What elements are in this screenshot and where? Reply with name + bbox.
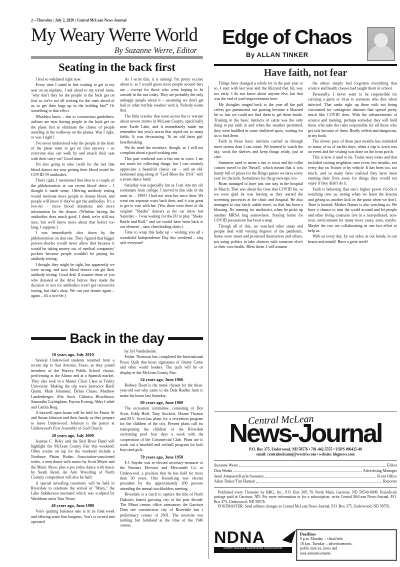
dotted-leader xyxy=(233,472,362,473)
entry-heading: 10 years ago, July 2010 xyxy=(31,352,115,358)
left-article-col1: I feel so validated right now.Every time… xyxy=(31,77,115,327)
paragraph: A special unveiling ceremony will be hel… xyxy=(31,481,115,502)
right-article-col2: the others simply had forgotten everythi… xyxy=(308,81,397,406)
entry-heading: 54 years ago, June 1966 xyxy=(120,377,204,383)
paragraph: Time to wrap this baby up – wishing you … xyxy=(120,230,204,246)
right-column-rule xyxy=(214,64,397,66)
paragraph: With us every day, by our sides, at our … xyxy=(308,234,397,244)
page-content: My Weary Werre World By Suzanne Werre, E… xyxy=(31,26,397,563)
entry-text: Several Underwood students returned from… xyxy=(31,358,115,431)
paragraph: POSTMASTER: Send address changes to Cent… xyxy=(214,505,397,510)
page-meta-text: 2—Thursday | July 2, 2020 | Central McLe… xyxy=(31,18,331,23)
right-column: Edge of Chaos By ALLAN TINKER Have faith… xyxy=(214,26,397,563)
paragraph: Brian managed to have just one stay in t… xyxy=(214,182,303,224)
paragraph: Several Underwood students returned from… xyxy=(31,358,115,410)
feather-icon xyxy=(282,527,296,543)
paragraph: I've never understood why the people in … xyxy=(31,141,115,162)
entry-text: Jeannie C. Riley and the Red River Band … xyxy=(31,439,115,502)
entry-text: The recreation committee, consisting of … xyxy=(120,406,204,453)
paragraph: Whaddya know – due to coronavirus guidel… xyxy=(31,114,115,140)
paragraph: Published every Thursday by BHG, Inc., P… xyxy=(214,490,397,504)
paragraph: by Syl Vanderheide. xyxy=(120,349,204,354)
masthead-box: Central McLean News-Journal P.O. Box 375… xyxy=(214,411,397,561)
back-in-the-day-header: Back in the day xyxy=(31,331,203,346)
paragraph: Rodney Dean is the name chosen for the t… xyxy=(120,383,204,399)
ndna-logo: NDNA NORTH DAKOTA NEWSPAPER ASSOCIATION xyxy=(214,529,292,553)
entry-text: F.J. Snyder was re-elected secretary-tre… xyxy=(120,460,204,528)
header-rule-right xyxy=(168,337,203,340)
right-column-title: Edge of Chaos xyxy=(222,28,367,48)
paragraph: Esther Thomson has completed the Interna… xyxy=(120,355,204,376)
deadline-line: area announcements xyxy=(300,551,393,556)
masthead-fine-print: Published every Thursday by BHG, Inc., P… xyxy=(214,490,397,526)
masthead-staff-list: Suzanne Werre Editor Don Winke Advertisi… xyxy=(214,463,397,485)
paragraph: Von's quitting business sale is in its f… xyxy=(31,509,115,525)
left-article-col1-text: I feel so validated right now.Every time… xyxy=(31,77,115,299)
paragraph: The slower pace of these past months has… xyxy=(308,139,397,155)
right-column-header: Edge of Chaos By ALLAN TINKER xyxy=(214,26,397,61)
ndna-logo-bar: NORTH DAKOTA NEWSPAPER ASSOCIATION xyxy=(214,547,292,553)
right-article-col1: Things have changed a whole lot in the p… xyxy=(214,81,303,406)
paragraph: My thoughts ranged back to the year all … xyxy=(214,102,303,138)
paragraph: Personally, I never want to be responsib… xyxy=(308,92,397,139)
left-column-rule xyxy=(31,56,203,59)
page-meta-line: 2—Thursday | July 2, 2020 | Central McLe… xyxy=(31,18,331,24)
dotted-leader xyxy=(256,483,382,484)
paragraph: That's right, I mentioned that idea to a… xyxy=(31,178,115,230)
paragraph: Summers used to mean a run to town and t… xyxy=(214,160,303,181)
paragraph: I'm also going to take credit for the fa… xyxy=(31,162,115,178)
newspaper-page: 2—Thursday | July 2, 2020 | Central McLe… xyxy=(0,0,400,567)
right-article-headline: Have faith, not fear xyxy=(214,68,397,79)
back-in-the-day-title: Back in the day xyxy=(70,331,165,346)
paragraph: I thought they might be right, but appar… xyxy=(31,262,115,298)
paragraph: Every time I stand in line waiting to ge… xyxy=(31,83,115,114)
left-column-title: My Weary Werre World xyxy=(31,26,198,46)
dotted-leader xyxy=(239,466,386,467)
masthead-brand-main: News-Journal xyxy=(214,422,397,445)
masthead-rule xyxy=(214,487,397,488)
staff-row: Allan Tinker/Tim Hanson Reporter xyxy=(214,480,397,485)
back-in-the-day-body: 10 years ago, July 2010 Several Underwoo… xyxy=(31,349,203,555)
paragraph: The recreation committee, consisting of … xyxy=(120,406,204,453)
ndna-logo-subtext: NORTH DAKOTA NEWSPAPER ASSOCIATION xyxy=(214,547,292,551)
paragraph: This past weekend was a fun one in town.… xyxy=(120,156,204,182)
entry-heading: 40 years ago, June 1980 xyxy=(31,503,115,509)
paragraph: We do need the moisture, though, so I wi… xyxy=(120,145,204,155)
paragraph: I was immediately shot down by the phleb… xyxy=(31,231,115,262)
staff-name: Allan Tinker/Tim Hanson xyxy=(214,480,255,485)
ndna-logo-text: NDNA xyxy=(214,528,265,547)
back-in-the-day-col2: by Syl Vanderheide.Esther Thomson has co… xyxy=(120,349,204,555)
staff-role: Reporter xyxy=(383,480,397,485)
deadlines-box: Deadlines 5 p.m. Monday – classifieds 10… xyxy=(296,529,397,561)
paragraph: Jeannie C. Riley and the Red River Band … xyxy=(31,439,115,481)
left-article-col2-text: As I write this, it is raining! I'm pret… xyxy=(120,77,204,246)
right-article-col2-text: the others simply had forgotten everythi… xyxy=(308,81,397,245)
column-divider xyxy=(208,86,209,559)
entry-heading: 20 years ago, July 2000 xyxy=(31,433,115,439)
entry-heading: 70 years ago, June 1950 xyxy=(120,454,204,460)
paragraph: This is how it used to be. Trains were t… xyxy=(308,155,397,186)
right-article-col1-text: Things have changed a whole lot in the p… xyxy=(214,81,303,250)
right-article-body: Things have changed a whole lot in the p… xyxy=(214,81,397,406)
masthead-contact-line: email: centralmcleannj@westriv.com • web… xyxy=(214,452,397,457)
paragraph: The little crawler that went across the … xyxy=(120,114,204,145)
entry-text: Rodney Dean is the name chosen for the t… xyxy=(120,383,204,399)
left-column-byline: By Suzanne Werre, Editor xyxy=(31,46,197,55)
paragraph: Things have changed a whole lot in the p… xyxy=(214,81,303,102)
back-in-the-day-col1: 10 years ago, July 2010 Several Underwoo… xyxy=(31,349,115,555)
paragraph: A farewell open house will be held for P… xyxy=(31,410,115,431)
paragraph: Riverdale is a cinch to capture the titl… xyxy=(120,492,204,528)
paragraph: Faith is believing that one's higher pow… xyxy=(308,187,397,234)
masthead-bottom-row: NDNA NORTH DAKOTA NEWSPAPER ASSOCIATION … xyxy=(214,529,397,561)
left-article-col2: As I write this, it is raining! I'm pret… xyxy=(120,77,204,327)
masthead-rule xyxy=(214,460,397,461)
dotted-leader xyxy=(265,477,376,478)
left-column: My Weary Werre World By Suzanne Werre, E… xyxy=(31,26,203,563)
left-article-body: I feel so validated right now.Every time… xyxy=(31,77,203,327)
entry-heading: 60 years ago, June 1960 xyxy=(120,400,204,406)
entry-text: Von's quitting business sale is in its f… xyxy=(31,509,115,525)
right-column-byline: By ALLAN TINKER xyxy=(246,52,367,59)
paragraph: As I write this, it is raining! I'm pret… xyxy=(120,77,204,113)
author-photo xyxy=(367,27,395,61)
paragraph: Though all of this, we watched other sta… xyxy=(214,224,303,250)
paragraph: the others simply had forgotten everythi… xyxy=(308,81,397,91)
header-rule-left xyxy=(31,337,66,340)
masthead-brand-script: Central McLean xyxy=(248,414,314,427)
entry-text: by Syl Vanderheide.Esther Thomson has co… xyxy=(120,349,204,375)
masthead-contact: P.O. Box 375, Underwood, ND 58576 • 701-… xyxy=(214,447,397,458)
paragraph: Faith in those basic instincts carried u… xyxy=(214,139,303,160)
paragraph: I feel so validated right now. xyxy=(31,77,115,82)
paragraph: F.J. Snyder was re-elected secretary-tre… xyxy=(120,460,204,491)
left-article-headline: Seating in the back first xyxy=(31,62,203,74)
paragraph: Saturday was especially fun as I ran int… xyxy=(120,183,204,230)
